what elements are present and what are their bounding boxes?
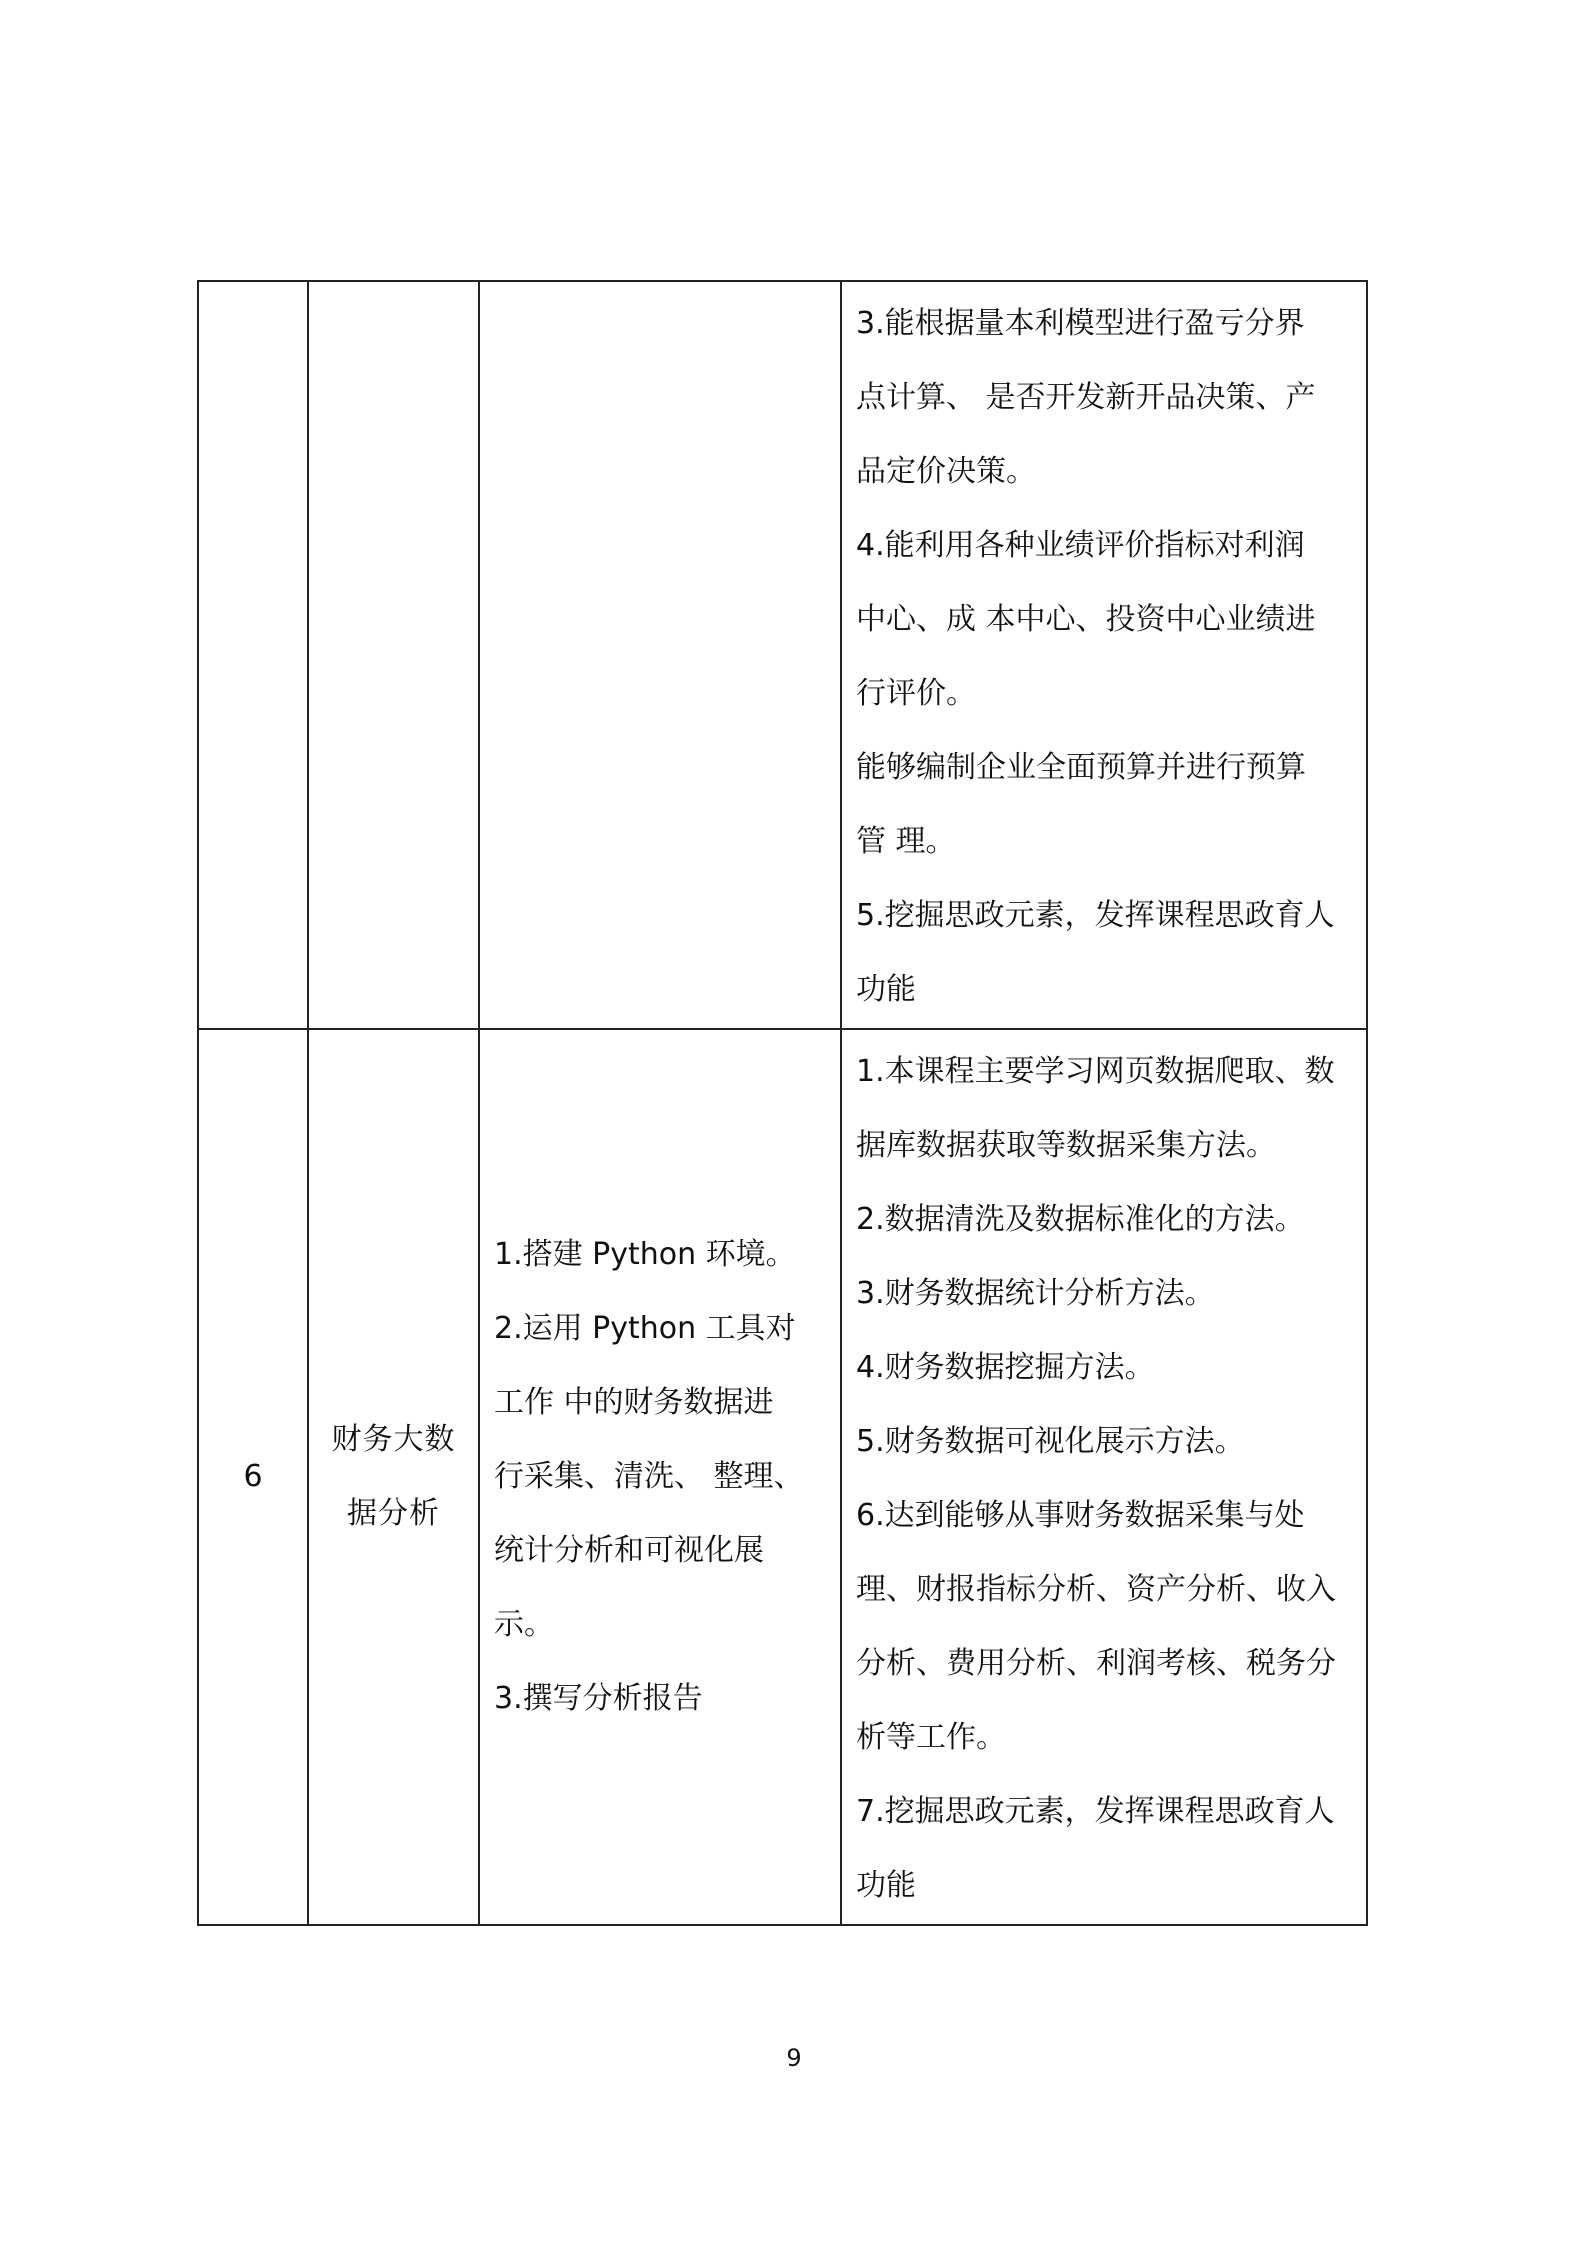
content-line: 功能	[856, 953, 1354, 1027]
task-line: 示。	[494, 1588, 828, 1662]
content-line: 功能	[856, 1849, 1354, 1923]
task-line: 1.搭建 Python 环境。	[494, 1218, 828, 1292]
course-name-line: 财务大数	[325, 1403, 462, 1477]
content-line: 2.数据清洗及数据标准化的方法。	[856, 1183, 1354, 1257]
task-line: 2.运用 Python 工具对	[494, 1292, 828, 1366]
content-line: 4.财务数据挖掘方法。	[856, 1331, 1354, 1405]
task-line: 行采集、清洗、 整理、	[494, 1440, 828, 1514]
task-line: 3.撰写分析报告	[494, 1662, 828, 1736]
table-row-course-6: 6 财务大数 据分析 1.搭建 Python 环境。 2.运用 Python 工…	[198, 1029, 1367, 1925]
course-name-cell: 财务大数 据分析	[308, 1029, 479, 1925]
content-line: 管 理。	[856, 805, 1354, 879]
content-line: 6.达到能够从事财务数据采集与处	[856, 1479, 1354, 1553]
content-line: 能够编制企业全面预算并进行预算	[856, 731, 1354, 805]
course-name-line: 据分析	[325, 1477, 462, 1551]
content-line: 据库数据获取等数据采集方法。	[856, 1109, 1354, 1183]
content-line: 5.财务数据可视化展示方法。	[856, 1405, 1354, 1479]
course-content-cell: 1.本课程主要学习网页数据爬取、数 据库数据获取等数据采集方法。 2.数据清洗及…	[841, 1029, 1367, 1925]
content-line: 3.能根据量本利模型进行盈亏分界	[856, 287, 1354, 361]
content-line: 5.挖掘思政元素，发挥课程思政育人	[856, 879, 1354, 953]
task-line: 工作 中的财务数据进	[494, 1366, 828, 1440]
content-line: 7.挖掘思政元素，发挥课程思政育人	[856, 1775, 1354, 1849]
content-line: 品定价决策。	[856, 435, 1354, 509]
table-row-continued: 3.能根据量本利模型进行盈亏分界 点计算、 是否开发新开品决策、产 品定价决策。…	[198, 281, 1367, 1029]
content-line: 1.本课程主要学习网页数据爬取、数	[856, 1035, 1354, 1109]
task-line: 统计分析和可视化展	[494, 1514, 828, 1588]
course-name-cell	[308, 281, 479, 1029]
course-content-cell: 3.能根据量本利模型进行盈亏分界 点计算、 是否开发新开品决策、产 品定价决策。…	[841, 281, 1367, 1029]
content-line: 行评价。	[856, 657, 1354, 731]
course-tasks-cell: 1.搭建 Python 环境。 2.运用 Python 工具对 工作 中的财务数…	[479, 1029, 841, 1925]
content-line: 中心、成 本中心、投资中心业绩进	[856, 583, 1354, 657]
content-line: 析等工作。	[856, 1701, 1354, 1775]
content-line: 分析、费用分析、利润考核、税务分	[856, 1627, 1354, 1701]
content-line: 3.财务数据统计分析方法。	[856, 1257, 1354, 1331]
course-tasks-cell	[479, 281, 841, 1029]
course-index-cell	[198, 281, 308, 1029]
page-number: 9	[0, 2044, 1588, 2072]
content-line: 4.能利用各种业绩评价指标对利润	[856, 509, 1354, 583]
document-page: 3.能根据量本利模型进行盈亏分界 点计算、 是否开发新开品决策、产 品定价决策。…	[0, 0, 1588, 2245]
curriculum-table: 3.能根据量本利模型进行盈亏分界 点计算、 是否开发新开品决策、产 品定价决策。…	[197, 280, 1368, 1926]
content-line: 理、财报指标分析、资产分析、收入	[856, 1553, 1354, 1627]
course-index-cell: 6	[198, 1029, 308, 1925]
content-line: 点计算、 是否开发新开品决策、产	[856, 361, 1354, 435]
